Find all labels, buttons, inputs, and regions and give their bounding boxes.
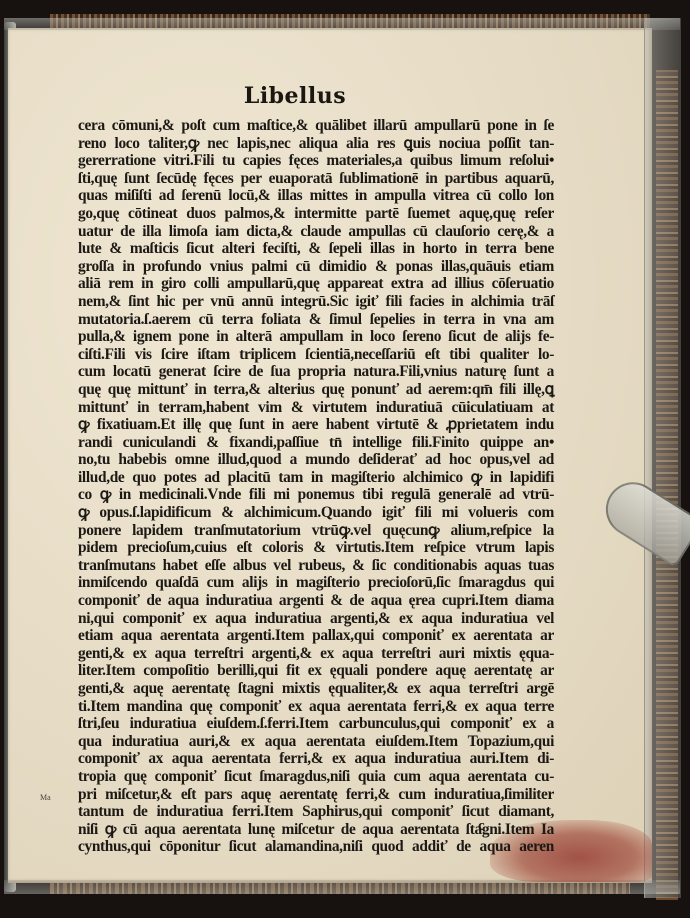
text-line: cynthus,qui cōponitur ſicut alamandina,n… xyxy=(78,838,554,856)
text-line: genti,& ex aqua terreſtri argenti,& ex a… xyxy=(78,645,554,663)
text-line: ni,qui componiť ex aqua induratiua argen… xyxy=(78,610,554,628)
text-line: nem,& ſint hic per vnū annū integrū.Sic … xyxy=(78,293,554,311)
text-line: no,tu habebis omne illud,quod a mundo de… xyxy=(78,451,554,469)
text-line: qua induratiua auri,& ex aqua aerentata … xyxy=(78,733,554,751)
text-line: mittunť in terram,habent vim & virtutem … xyxy=(78,399,554,417)
text-line: uatur de illa limoſa iam dicta,& claude … xyxy=(78,223,554,241)
text-line: quę quę mittunť in terra,& alterius quę … xyxy=(78,381,554,399)
text-line: ponere lapidem tranſmutatorium vtrūꝙ.vel… xyxy=(78,522,554,540)
text-line: lute & maſticis ſicut alteri feciſti, & … xyxy=(78,240,554,258)
text-line: genti,& aquę aerentatę ſtagni mixtis ęqu… xyxy=(78,680,554,698)
right-edge-sleeve xyxy=(644,18,681,898)
text-line: tranſmutans habet eſſe albus vel rubeus,… xyxy=(78,557,554,575)
text-line: inmiſcendo quaſdā cum alijs in magiſteri… xyxy=(78,574,554,592)
text-line: reno loco taliter,ꝙ nec lapis,nec aliqua… xyxy=(78,135,554,153)
scan-frame: Libellus cera cōmuni,& poſt cum maſtice,… xyxy=(0,0,690,918)
text-line: cum locatū generat ſcire de ſua propria … xyxy=(78,363,554,381)
text-line: componiť ax aqua aerentata ferri,& ex aq… xyxy=(78,750,554,768)
text-line: randi cuniculandi & fixandi,paſſiue tn̄ … xyxy=(78,434,554,452)
text-line: go,quę cōtineat duos palmos,& intermitte… xyxy=(78,205,554,223)
text-line: mutatoria.ſ.aerem cū terra foliata & ſim… xyxy=(78,311,554,329)
signature-mark: c xyxy=(478,818,485,835)
text-line: co ꝙ in medicinali.Vnde fili mi ponemus … xyxy=(78,486,554,504)
text-line: pulla,& ignem pone in alterā ampullam in… xyxy=(78,328,554,346)
text-line: pri miſcetur,& eſt pars aquę aerentatę f… xyxy=(78,786,554,804)
text-line: componiť de aqua induratiua argenti & de… xyxy=(78,592,554,610)
text-line: quas miſiſti ad ſerenū locū,& illas mitt… xyxy=(78,187,554,205)
text-line: etiam aqua aerentata argenti.Item pallax… xyxy=(78,627,554,645)
text-line: ꝙ opus.ſ.lapidificum & alchimicum.Quando… xyxy=(78,504,554,522)
text-line: illud,de quo potes ad placitū tam in mag… xyxy=(78,469,554,487)
running-head-title: Libellus xyxy=(244,83,346,109)
text-line: gererratione vitri.Fili tu capies fęces … xyxy=(78,152,554,170)
text-line: pidem precioſum,cuius eſt coloris & virt… xyxy=(78,539,554,557)
running-head: Libellus xyxy=(0,83,590,109)
bottom-edge-sleeve xyxy=(4,880,680,894)
text-line: ti.Item mandina quę componiť ex aqua aer… xyxy=(78,698,554,716)
text-line: liter.Item compoſitio berilli,qui fit ex… xyxy=(78,662,554,680)
margin-mark: Ma xyxy=(40,793,51,802)
text-line: ſtri,ſeu induratiua eiuſdem.ſ.ferri.Item… xyxy=(78,715,554,733)
text-line: ciſti.Fili vis ſcire iſtam triplicem ſci… xyxy=(78,346,554,364)
text-line: cera cōmuni,& poſt cum maſtice,& quālibe… xyxy=(78,117,554,135)
text-line: ꝙ fixatiuam.Et illę quę ſunt in aere hab… xyxy=(78,416,554,434)
text-line: tropia quę componiť ſicut ſmaragdus,niſi… xyxy=(78,768,554,786)
top-edge-sleeve xyxy=(4,18,680,30)
text-line: ſti,quę ſunt ſecūdę fęces per euaporatā … xyxy=(78,170,554,188)
text-line: aliā rem in giro colli ampullarū,quę app… xyxy=(78,275,554,293)
body-text: cera cōmuni,& poſt cum maſtice,& quālibe… xyxy=(78,117,554,856)
text-line: groſſa in profundo vnius palmi cū dimidi… xyxy=(78,258,554,276)
